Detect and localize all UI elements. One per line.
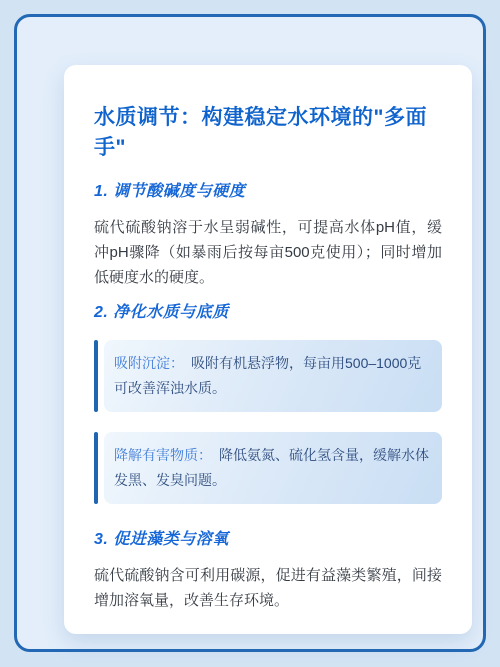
poster-frame: 水质调节：构建稳定水环境的"多面手" 1. 调节酸碱度与硬度 硫代硫酸钠溶于水呈… (14, 14, 486, 652)
poster-title: 水质调节：构建稳定水环境的"多面手" (94, 103, 442, 163)
callout-adsorption-box: 吸附沉淀：吸附有机悬浮物，每亩用500–1000克可改善浑浊水质。 (104, 340, 442, 412)
section-2-heading: 2. 净化水质与底质 (94, 302, 442, 324)
section-1-heading: 1. 调节酸碱度与硬度 (94, 181, 442, 203)
callout-accent-bar (94, 340, 98, 412)
section-3-body: 硫代硫酸钠含可利用碳源，促进有益藻类繁殖，间接增加溶氧量，改善生存环境。 (94, 563, 442, 613)
callout-degradation-label: 降解有害物质： (114, 447, 212, 463)
callout-adsorption-label: 吸附沉淀： (114, 355, 184, 371)
callout-adsorption: 吸附沉淀：吸附有机悬浮物，每亩用500–1000克可改善浑浊水质。 (94, 340, 442, 412)
content-card: 水质调节：构建稳定水环境的"多面手" 1. 调节酸碱度与硬度 硫代硫酸钠溶于水呈… (64, 65, 472, 634)
section-3-heading: 3. 促进藻类与溶氧 (94, 529, 442, 551)
section-1-body: 硫代硫酸钠溶于水呈弱碱性，可提高水体pH值，缓冲pH骤降（如暴雨后按每亩500克… (94, 215, 442, 290)
callout-degradation: 降解有害物质：降低氨氮、硫化氢含量，缓解水体发黑、发臭问题。 (94, 432, 442, 504)
callout-accent-bar (94, 432, 98, 504)
callout-degradation-box: 降解有害物质：降低氨氮、硫化氢含量，缓解水体发黑、发臭问题。 (104, 432, 442, 504)
